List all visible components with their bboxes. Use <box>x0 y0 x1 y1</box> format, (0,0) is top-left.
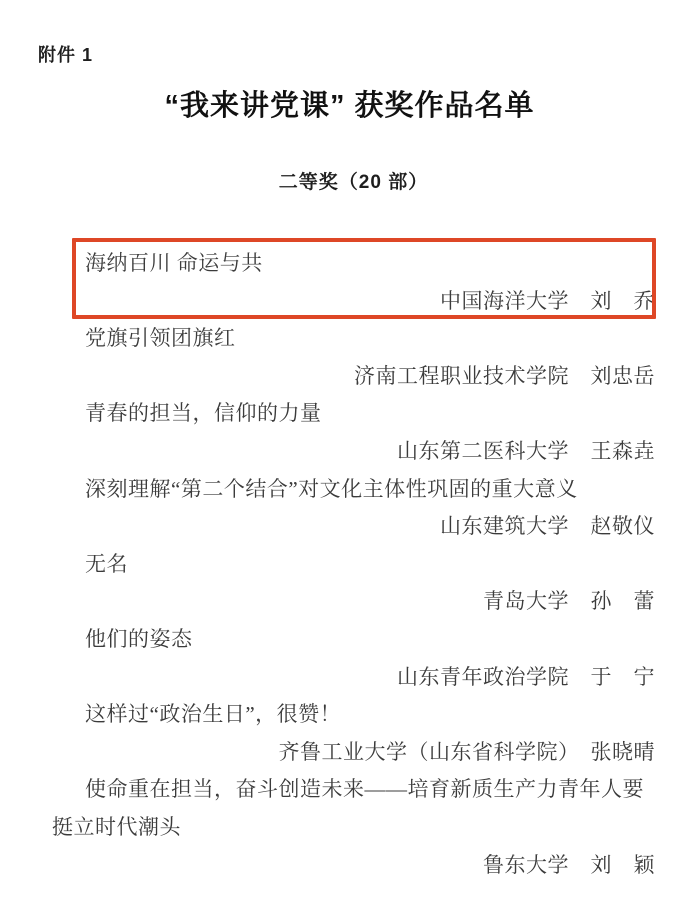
section-heading: 二等奖（20 部） <box>8 167 699 194</box>
affiliation-author: 山东第二医科大学 王森垚 <box>52 433 655 471</box>
work-title: 这样过“政治生日”，很赞！ <box>52 696 655 734</box>
work-title: 党旗引领团旗红 <box>52 320 655 358</box>
entry-row: 这样过“政治生日”，很赞！ 齐鲁工业大学（山东省科学院） 张晓晴 <box>52 696 655 771</box>
affiliation-author: 青岛大学 孙 蕾 <box>52 583 655 621</box>
entry-row: 青春的担当，信仰的力量 山东第二医科大学 王森垚 <box>52 395 655 470</box>
entry-row: 使命重在担当，奋斗创造未来——培育新质生产力青年人要挺立时代潮头 鲁东大学 刘 … <box>52 771 655 884</box>
entries-list: 海纳百川 命运与共 中国海洋大学 刘 乔 党旗引领团旗红 济南工程职业技术学院 … <box>52 245 655 884</box>
work-title: 青春的担当，信仰的力量 <box>52 395 655 433</box>
entry-row: 他们的姿态 山东青年政治学院 于 宁 <box>52 621 655 696</box>
entry-row: 无名 青岛大学 孙 蕾 <box>52 546 655 621</box>
work-title: 他们的姿态 <box>52 621 655 659</box>
affiliation-author: 齐鲁工业大学（山东省科学院） 张晓晴 <box>52 734 655 772</box>
affiliation-author: 中国海洋大学 刘 乔 <box>52 283 655 321</box>
entry-row: 党旗引领团旗红 济南工程职业技术学院 刘忠岳 <box>52 320 655 395</box>
work-title: 使命重在担当，奋斗创造未来——培育新质生产力青年人要挺立时代潮头 <box>52 771 655 846</box>
entry-row: 深刻理解“第二个结合”对文化主体性巩固的重大意义 山东建筑大学 赵敬仪 <box>52 471 655 546</box>
affiliation-author: 济南工程职业技术学院 刘忠岳 <box>52 358 655 396</box>
entry-row: 海纳百川 命运与共 中国海洋大学 刘 乔 <box>52 245 655 320</box>
attachment-label: 附件 1 <box>38 41 93 67</box>
document-page: 附件 1 “我来讲党课” 获奖作品名单 二等奖（20 部） 海纳百川 命运与共 … <box>0 0 699 903</box>
document-title: “我来讲党课” 获奖作品名单 <box>0 83 699 124</box>
work-title: 无名 <box>52 546 655 584</box>
affiliation-author: 山东青年政治学院 于 宁 <box>52 659 655 697</box>
work-title: 深刻理解“第二个结合”对文化主体性巩固的重大意义 <box>52 471 655 509</box>
affiliation-author: 山东建筑大学 赵敬仪 <box>52 508 655 546</box>
work-title: 海纳百川 命运与共 <box>52 245 655 283</box>
affiliation-author: 鲁东大学 刘 颖 <box>52 847 655 885</box>
